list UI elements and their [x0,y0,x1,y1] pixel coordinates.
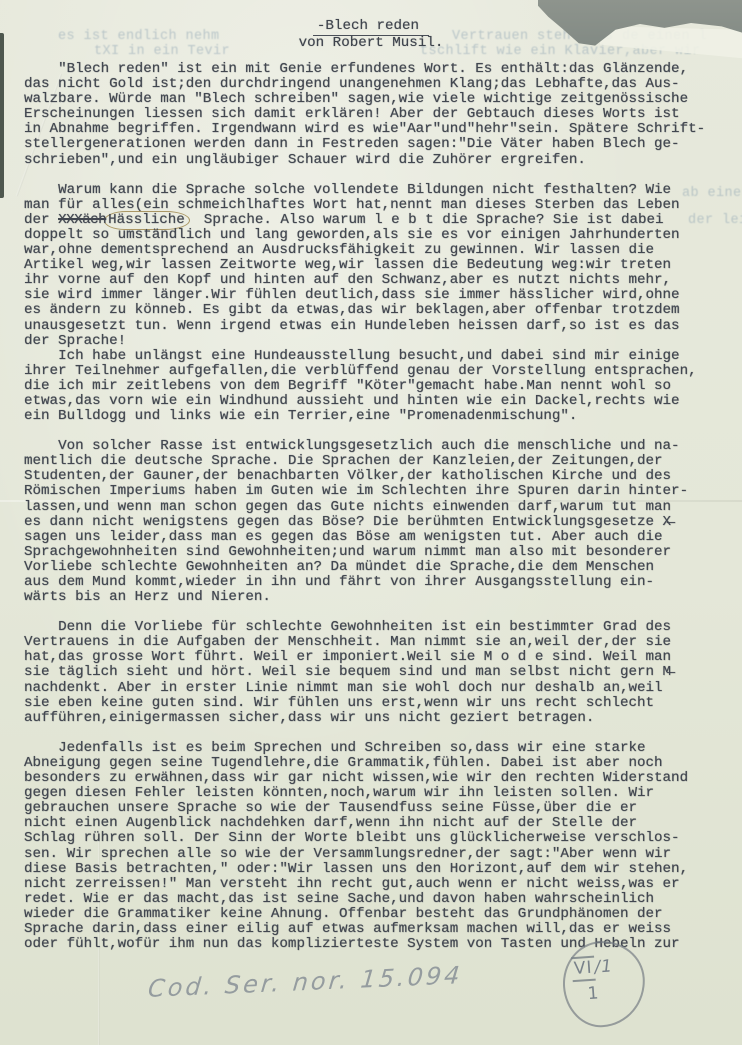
document-page: es ist endlich nehm tXI in ein Tevir Ver… [0,0,742,1045]
paragraph-5: Denn die Vorliebe für schlechte Gewohnhe… [24,620,730,726]
paragraph-2: Warum kann die Sprache solche vollendete… [24,183,730,349]
paragraph-3: Ich habe unlängst eine Hundeausstellung … [24,349,730,424]
paragraph-2-after: Sprache. Also warum l e b t die Sprache?… [24,212,680,349]
folio-mark-suffix: /1 [594,956,614,977]
document-header: -Blech reden von Robert Musil. [0,19,742,51]
paragraph-4: Von solcher Rasse ist entwicklungsgesetz… [24,439,730,605]
folio-mark-top: VI/1 [571,954,614,982]
page-byline: von Robert Musil. [0,36,742,52]
paragraph-6: Jedenfalls ist es beim Sprechen und Schr… [24,741,730,952]
paragraph-1: "Blech reden" ist ein mit Genie erfunden… [24,62,730,168]
struck-word: XXXäch [58,212,106,228]
folio-mark-bottom: 1 [587,983,599,1004]
folio-mark-roman: VI [571,956,595,983]
document-body: "Blech reden" ist ein mit Genie erfunden… [24,62,730,967]
page-title: -Blech reden [313,19,429,36]
paper-edge-strip [0,33,4,198]
handwritten-shelfmark: Cod. Ser. nor. 15.094 [147,961,464,1003]
